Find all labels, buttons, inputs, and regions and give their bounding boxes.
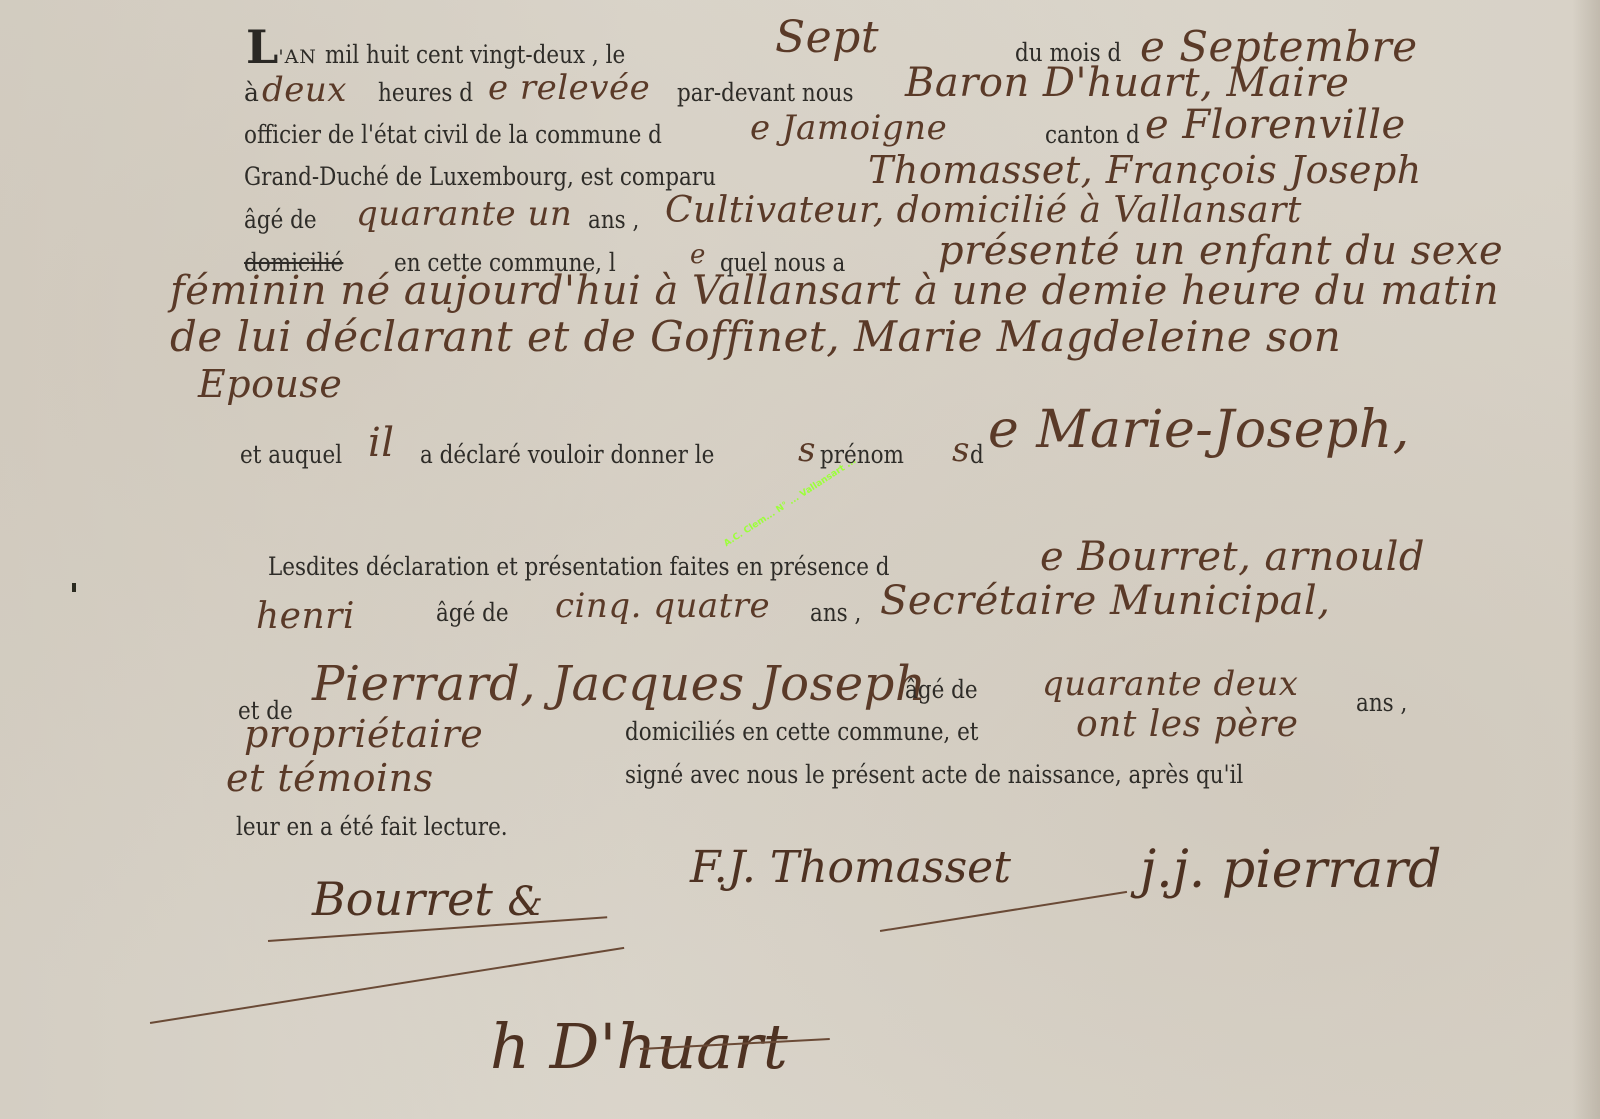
- hand-child-name: e Marie-Joseph,: [988, 400, 1410, 460]
- printed-text: âgé de: [244, 205, 328, 234]
- printed-text: ans ,: [588, 205, 648, 234]
- printed-text: Grand-Duché de Luxembourg, est comparu: [244, 162, 793, 191]
- drop-cap: L: [246, 20, 278, 74]
- hand-profession: Cultivateur, domicilié à Vallansart: [665, 190, 1302, 231]
- printed-text: prénom: [820, 440, 918, 469]
- hand-line-7: féminin né aujourd'hui à Vallansart à un…: [170, 268, 1499, 314]
- hand-witness-1: e Bourret, arnould: [1040, 534, 1425, 580]
- hand-temoins: et témoins: [226, 756, 434, 800]
- printed-text: d: [970, 440, 986, 469]
- hand-commune: e Jamoigne: [750, 108, 947, 148]
- hand-hour: deux: [262, 70, 347, 110]
- hand-canton: e Florenville: [1145, 102, 1406, 148]
- printed-text: domiciliés en cette commune, et: [625, 717, 1036, 746]
- printed-text: à: [244, 78, 259, 107]
- signature-thomasset: F.J. Thomasset: [690, 842, 1011, 893]
- paper-edge-shadow: [1572, 0, 1600, 1119]
- signature-bourret: Bourret &: [312, 872, 543, 926]
- printed-text: par-devant nous: [677, 78, 882, 107]
- line-1: L'AN mil huit cent vingt-deux , le: [246, 20, 674, 74]
- hand-profession: propriétaire: [244, 712, 483, 756]
- hand-day: Sept: [775, 12, 879, 63]
- printed-text: âgé de: [905, 675, 989, 704]
- hand-witness-1-given: henri: [256, 596, 355, 637]
- printed-text: et auquel: [240, 440, 359, 469]
- printed-text: a déclaré vouloir donner le: [420, 440, 762, 469]
- printed-text: leur en a été fait lecture.: [236, 812, 552, 841]
- hand-s: s: [798, 430, 816, 470]
- printed-text: ans ,: [810, 598, 870, 627]
- printed-text: mil huit cent vingt-deux , le: [325, 40, 625, 69]
- hand-profession: Secrétaire Municipal,: [880, 578, 1330, 624]
- hand-line-8: de lui déclarant et de Goffinet, Marie M…: [170, 312, 1341, 361]
- signature-dhuart: h D'huart: [490, 1010, 788, 1083]
- hand-line-9: Epouse: [198, 362, 342, 406]
- hand-time: e relevée: [488, 68, 650, 108]
- printed-text: heures d: [378, 78, 489, 107]
- printed-text: âgé de: [436, 598, 520, 627]
- watermark-text: A.C. Clem... N° ... Vallansart ...: [722, 456, 858, 549]
- hand-s: s: [952, 430, 970, 470]
- birth-certificate-page: L'AN mil huit cent vingt-deux , le Sept …: [0, 0, 1600, 1119]
- printed-text: canton d: [1045, 120, 1155, 149]
- hand-age: cinq. quatre: [555, 586, 770, 626]
- printed-text: ans ,: [1356, 688, 1416, 717]
- printed-text: officier de l'état civil de la commune d: [244, 120, 730, 149]
- signature-pierrard: j.j. pierrard: [1140, 840, 1441, 900]
- hand-ont-signe: ont les père: [1076, 704, 1298, 745]
- hand-il: il: [368, 420, 395, 466]
- printed-text: Lesdites déclaration et présentation fai…: [268, 552, 991, 581]
- hand-age: quarante deux: [1042, 664, 1298, 704]
- hand-age: quarante un: [356, 194, 572, 234]
- hand-witness-2: Pierrard, Jacques Joseph: [312, 656, 926, 712]
- hand-declarant: Thomasset, François Joseph: [868, 148, 1422, 192]
- printed-text: signé avec nous le présent acte de naiss…: [625, 760, 1344, 789]
- hand-e: e: [690, 240, 706, 270]
- hand-officer: Baron D'huart, Maire: [905, 60, 1349, 106]
- signature-flourish: [880, 891, 1127, 932]
- ink-speck: [72, 583, 76, 592]
